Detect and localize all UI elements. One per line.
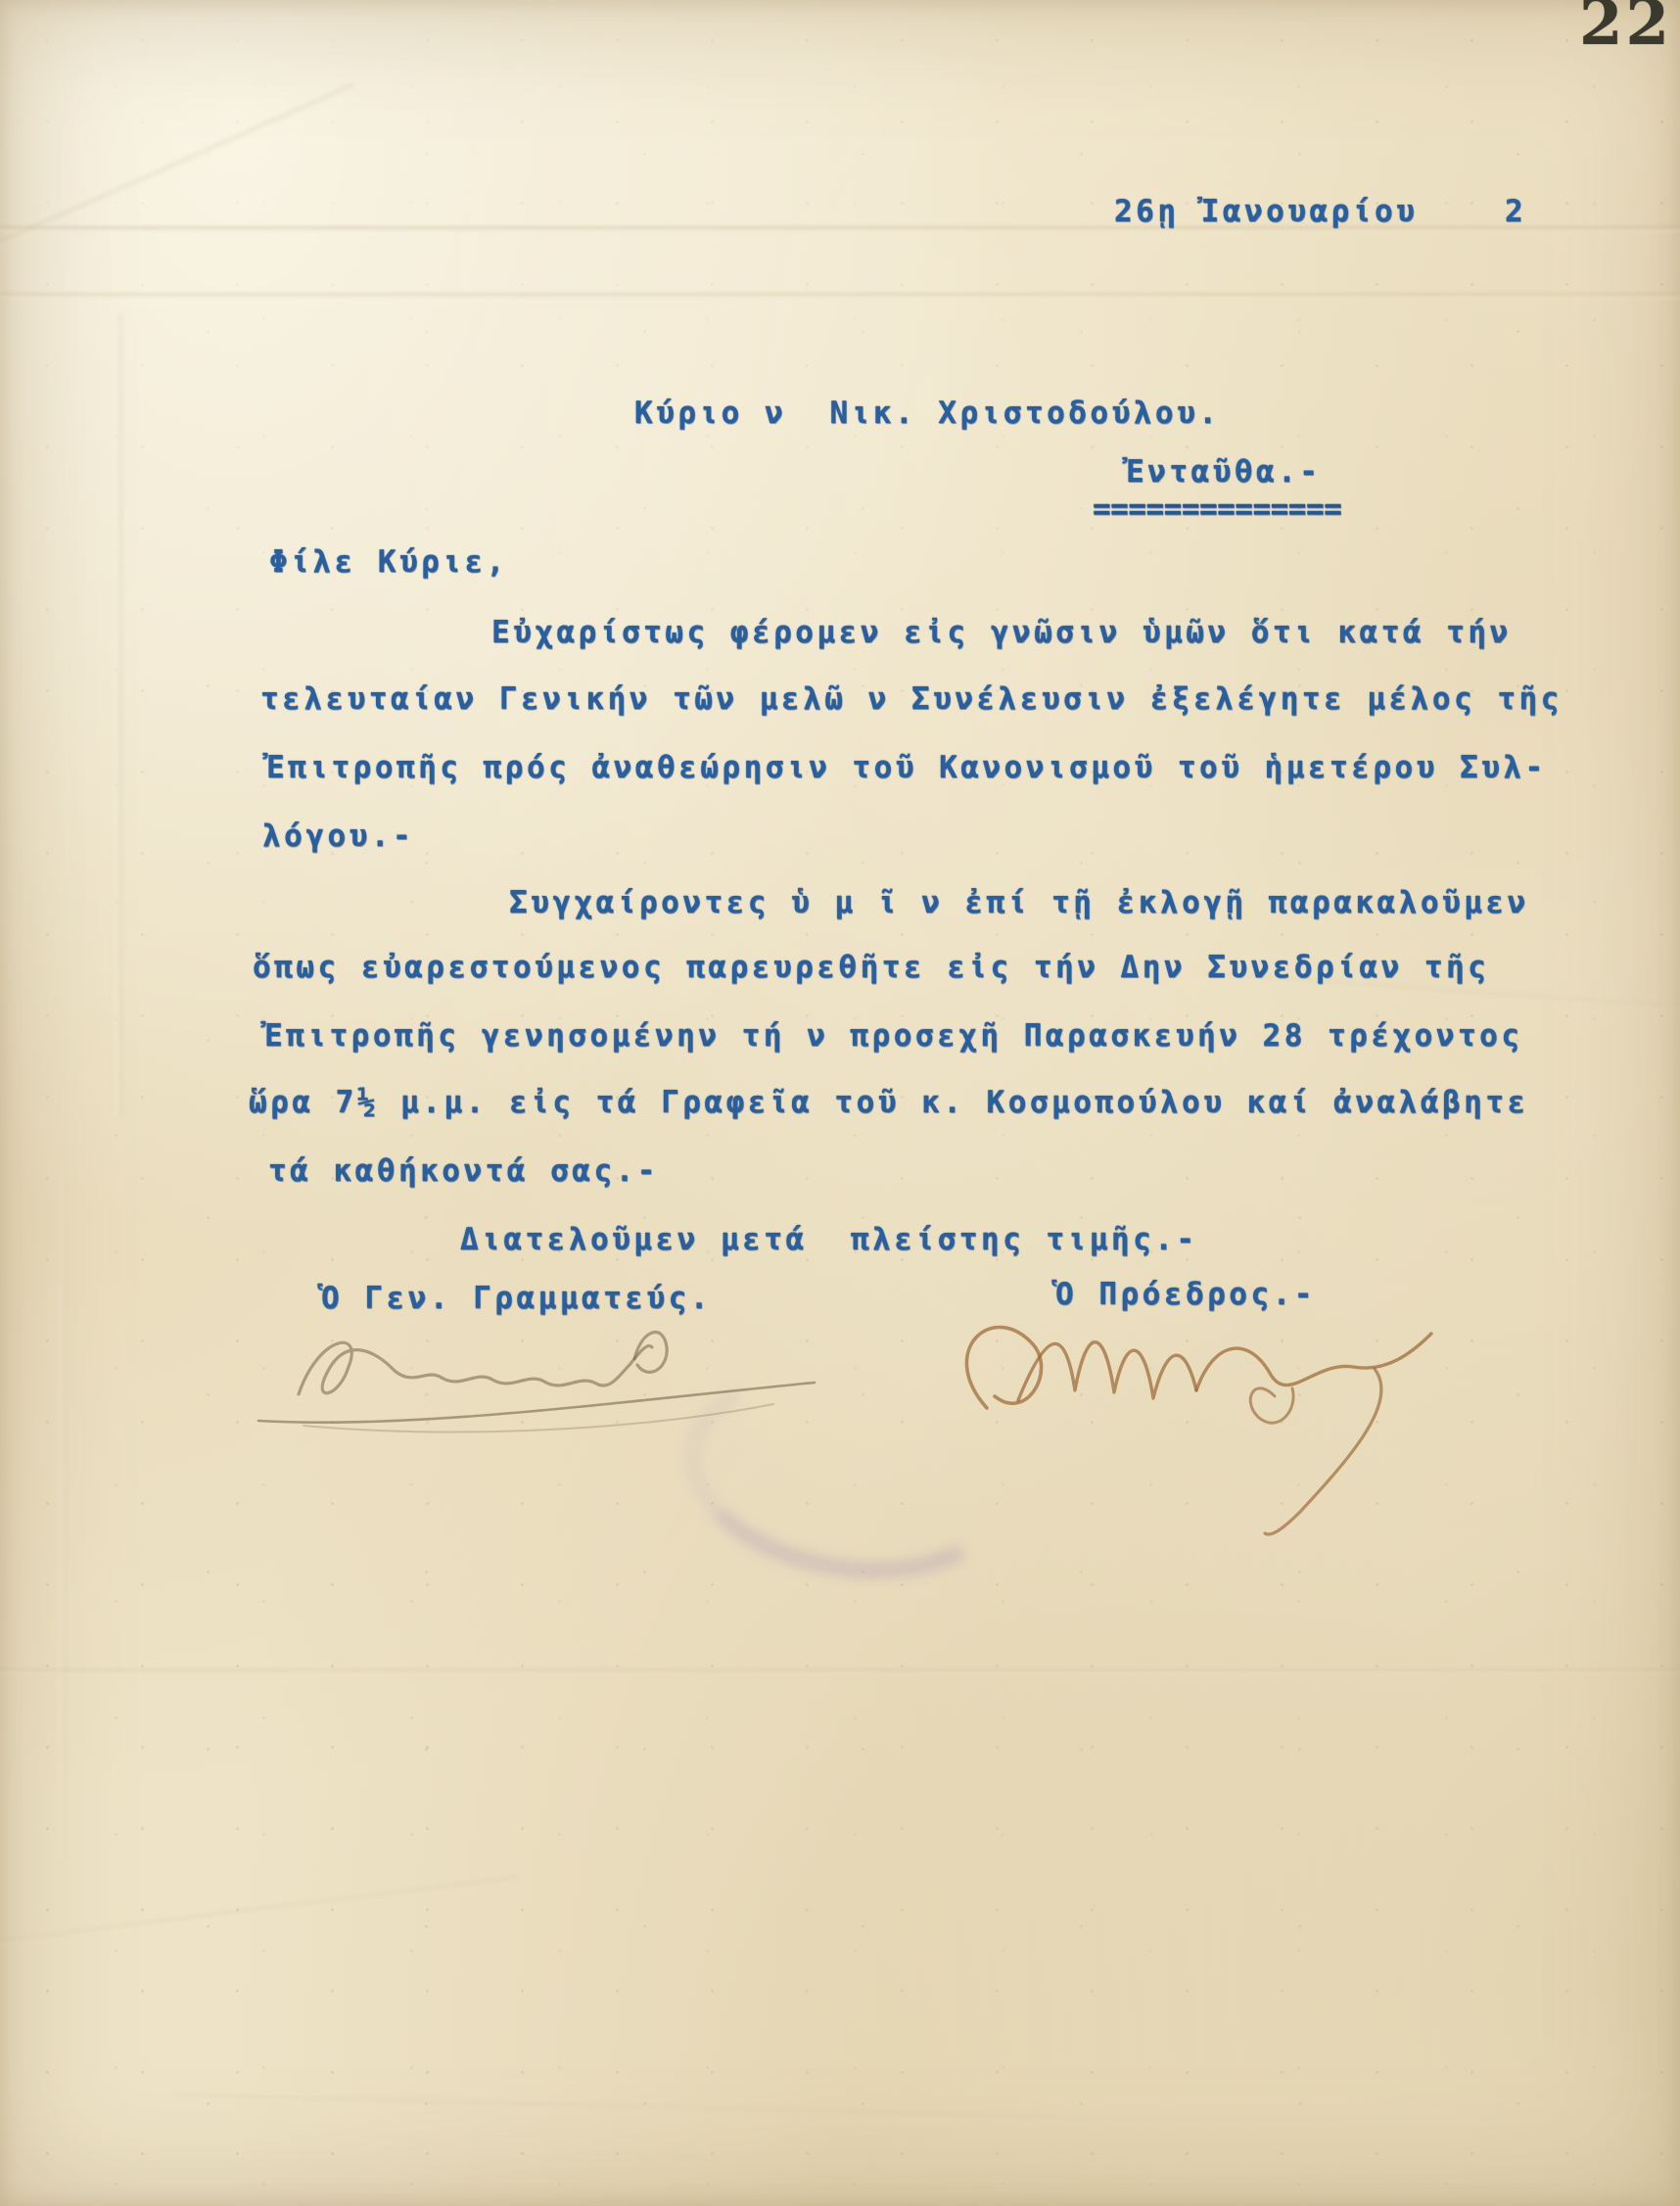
closing-line: Διατελοῦμεν μετά πλείστης τιμῆς.- [460, 1220, 1198, 1259]
page-number: 22 [1579, 0, 1672, 60]
recipient-line: Κύριο ν Νικ. Χριστοδούλου. [634, 394, 1220, 433]
body-line-1: Εὐχαρίστως φέρομεν εἰς γνῶσιν ὑμῶν ὅτι κ… [491, 613, 1512, 652]
president-title: Ὁ Πρόεδρος.- [1055, 1275, 1316, 1314]
body-line-7: Ἐπιτροπῆς γενησομένην τή ν προσεχῆ Παρασ… [264, 1016, 1523, 1056]
secretary-title: Ὁ Γεν. Γραμματεύς. [321, 1279, 712, 1318]
letter-page: 22 26ῃ Ἰανουαρίου 2 Κύριο ν Νικ. Χριστοδ… [0, 0, 1680, 2206]
paper-crease [116, 313, 122, 1116]
location-rule: ============== [1093, 490, 1341, 529]
paper-crease [0, 83, 355, 255]
paper-crease [176, 2093, 1057, 2122]
body-line-3: Ἐπιτροπῆς πρός ἀναθεώρησιν τοῦ Κανονισμο… [266, 748, 1547, 787]
body-line-5: Συγχαίροντες ὑ μ ῖ ν ἐπί τῇ ἐκλογῇ παρακ… [509, 883, 1529, 922]
salutation: Φίλε Κύριε, [269, 542, 508, 582]
paper-crease [59, 1175, 66, 1860]
paper-crease [0, 1668, 1680, 1674]
date-line: 26ῃ Ἰανουαρίου 2 [1114, 192, 1526, 231]
paper-crease [0, 1876, 517, 1948]
paper-crease [0, 293, 1680, 299]
body-line-2: τελευταίαν Γενικήν τῶν μελῶ ν Συνέλευσιν… [260, 680, 1563, 719]
body-line-6: ὅπως εὐαρεστούμενος παρευρεθῆτε εἰς τήν … [253, 948, 1489, 987]
location-line: Ἐνταῦθα.- [1126, 452, 1321, 492]
body-line-4: λόγου.- [262, 817, 414, 856]
body-line-9: τά καθήκοντά σας.- [268, 1151, 659, 1191]
body-line-8: ὥρα 7½ μ.μ. εἰς τά Γραφεῖα τοῦ κ. Κοσμοπ… [249, 1083, 1529, 1122]
ink-stamp [670, 1344, 1031, 1602]
